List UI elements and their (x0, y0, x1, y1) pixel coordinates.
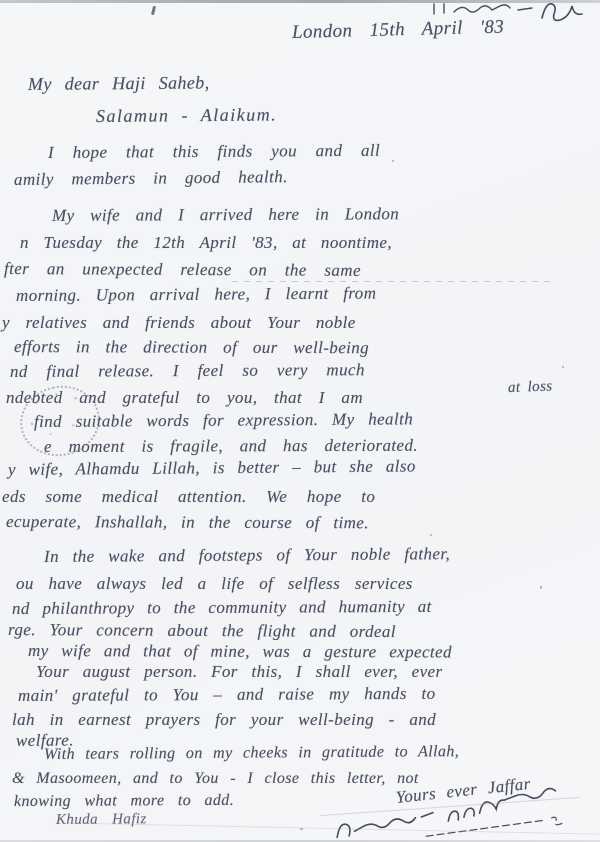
body-line: ou have always led a life of selfless se… (16, 574, 413, 594)
pen-tick-mark (151, 6, 156, 15)
body-line: & Masoomeen, and to You - I close this l… (12, 770, 419, 788)
body-line: n Tuesday the 12th April '83, at noontim… (20, 233, 392, 253)
body-line: Your august person. For this, I shall ev… (36, 662, 442, 682)
body-line: In the wake and footsteps of Your noble … (44, 544, 450, 567)
body-line: y relatives and friends about Your noble (2, 313, 356, 333)
body-line: nd final release. I feel so very much (10, 360, 365, 382)
farewell: Khuda Hafiz (56, 811, 147, 829)
body-line: y wife, Alhamdu Lillah, is better – but … (8, 456, 416, 480)
body-line: amily members in good health. (14, 167, 288, 190)
scan-speck (562, 366, 564, 368)
body-line: rge. Your concern about the flight and o… (8, 620, 396, 642)
body-line: My wife and I arrived here in London (52, 204, 399, 226)
scan-speck (430, 534, 432, 536)
body-line: fter an unexpected release on the same (4, 259, 361, 281)
letter-page: London 15th April '83 My dear Haji Saheb… (0, 0, 600, 842)
body-line: e moment is fragile, and has deteriorate… (44, 436, 418, 457)
body-line: efforts in the direction of our well-bei… (14, 337, 369, 358)
greeting-line: Salamun - Alaikum. (96, 104, 277, 127)
scan-speck (392, 160, 394, 162)
body-line: nd philanthropy to the community and hum… (12, 597, 432, 619)
dashed-artifact-line (232, 281, 552, 282)
body-line: eds some medical attention. We hope to (2, 487, 375, 507)
body-line: knowing what more to add. (14, 792, 234, 811)
body-line: lah in earnest prayers for your well-bei… (12, 710, 436, 730)
body-line: main' grateful to You – and raise my han… (18, 684, 436, 706)
scan-speck (540, 586, 542, 589)
body-line: I hope that this finds you and all (48, 141, 380, 163)
body-line: With tears rolling on my cheeks in grati… (44, 743, 459, 764)
body-line: ecuperate, Inshallah, in the course of t… (6, 512, 369, 533)
salutation: My dear Haji Saheb, (28, 72, 210, 95)
body-line: my wife and that of mine, was a gesture … (28, 641, 452, 662)
body-line: morning. Upon arrival here, I learnt fro… (16, 283, 376, 306)
dateline: London 15th April '83 (292, 16, 505, 44)
inserted-words: at loss (508, 378, 553, 397)
